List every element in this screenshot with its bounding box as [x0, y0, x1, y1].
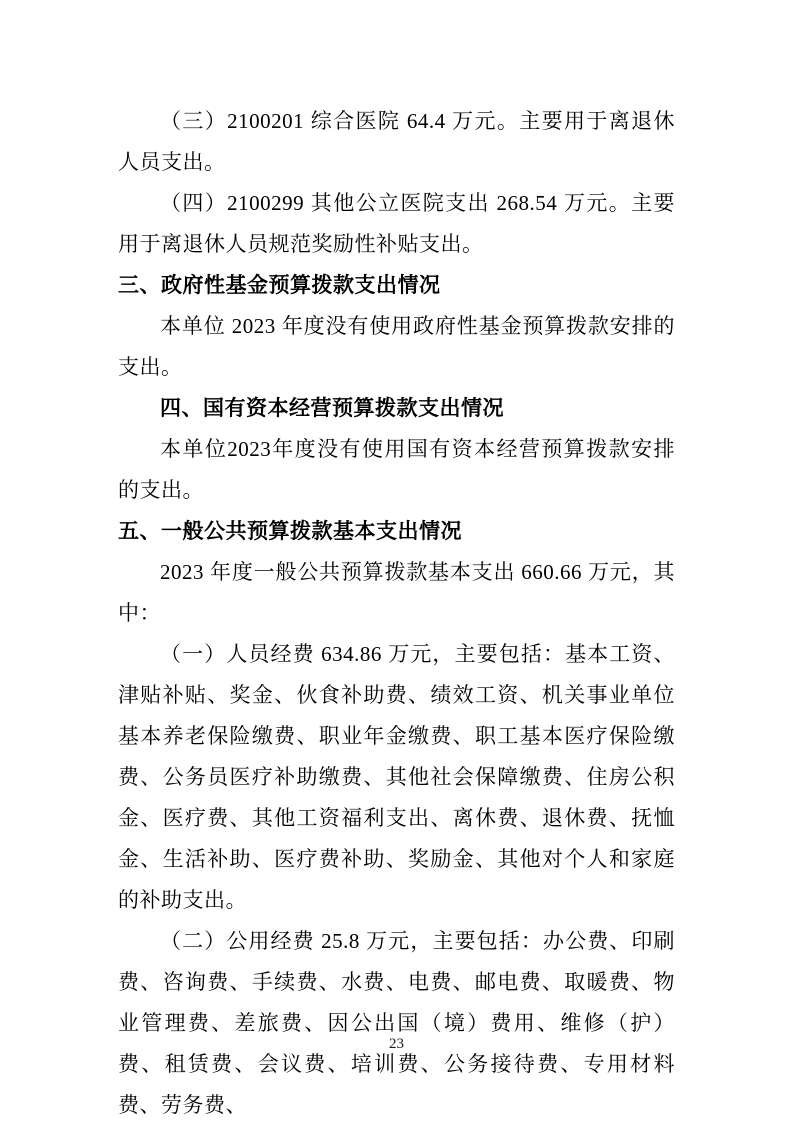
paragraph-item-2100201: （三）2100201 综合医院 64.4 万元。主要用于离退休人员支出。 [118, 101, 675, 183]
paragraph-public-expense: （二）公用经费 25.8 万元，主要包括：办公费、印刷费、咨询费、手续费、水费、… [118, 921, 675, 1122]
page-number: 23 [389, 1036, 404, 1052]
paragraph-govt-fund: 本单位 2023 年度没有使用政府性基金预算拨款安排的支出。 [118, 306, 675, 388]
section-heading-3: 三、政府性基金预算拨款支出情况 [118, 265, 675, 306]
document-page: （三）2100201 综合医院 64.4 万元。主要用于离退休人员支出。 （四）… [0, 0, 793, 1122]
paragraph-item-2100299: （四）2100299 其他公立医院支出 268.54 万元。主要用于离退休人员规… [118, 183, 675, 265]
section-heading-4: 四、国有资本经营预算拨款支出情况 [118, 388, 675, 429]
paragraph-basic-expense-total: 2023 年度一般公共预算拨款基本支出 660.66 万元，其中： [118, 552, 675, 634]
paragraph-state-capital: 本单位2023年度没有使用国有资本经营预算拨款安排的支出。 [118, 429, 675, 511]
document-content: （三）2100201 综合医院 64.4 万元。主要用于离退休人员支出。 （四）… [118, 101, 675, 1122]
page-footer: 23 [0, 1034, 793, 1054]
paragraph-personnel-expense: （一）人员经费 634.86 万元，主要包括：基本工资、津贴补贴、奖金、伙食补助… [118, 634, 675, 921]
section-heading-5: 五、一般公共预算拨款基本支出情况 [118, 511, 675, 552]
